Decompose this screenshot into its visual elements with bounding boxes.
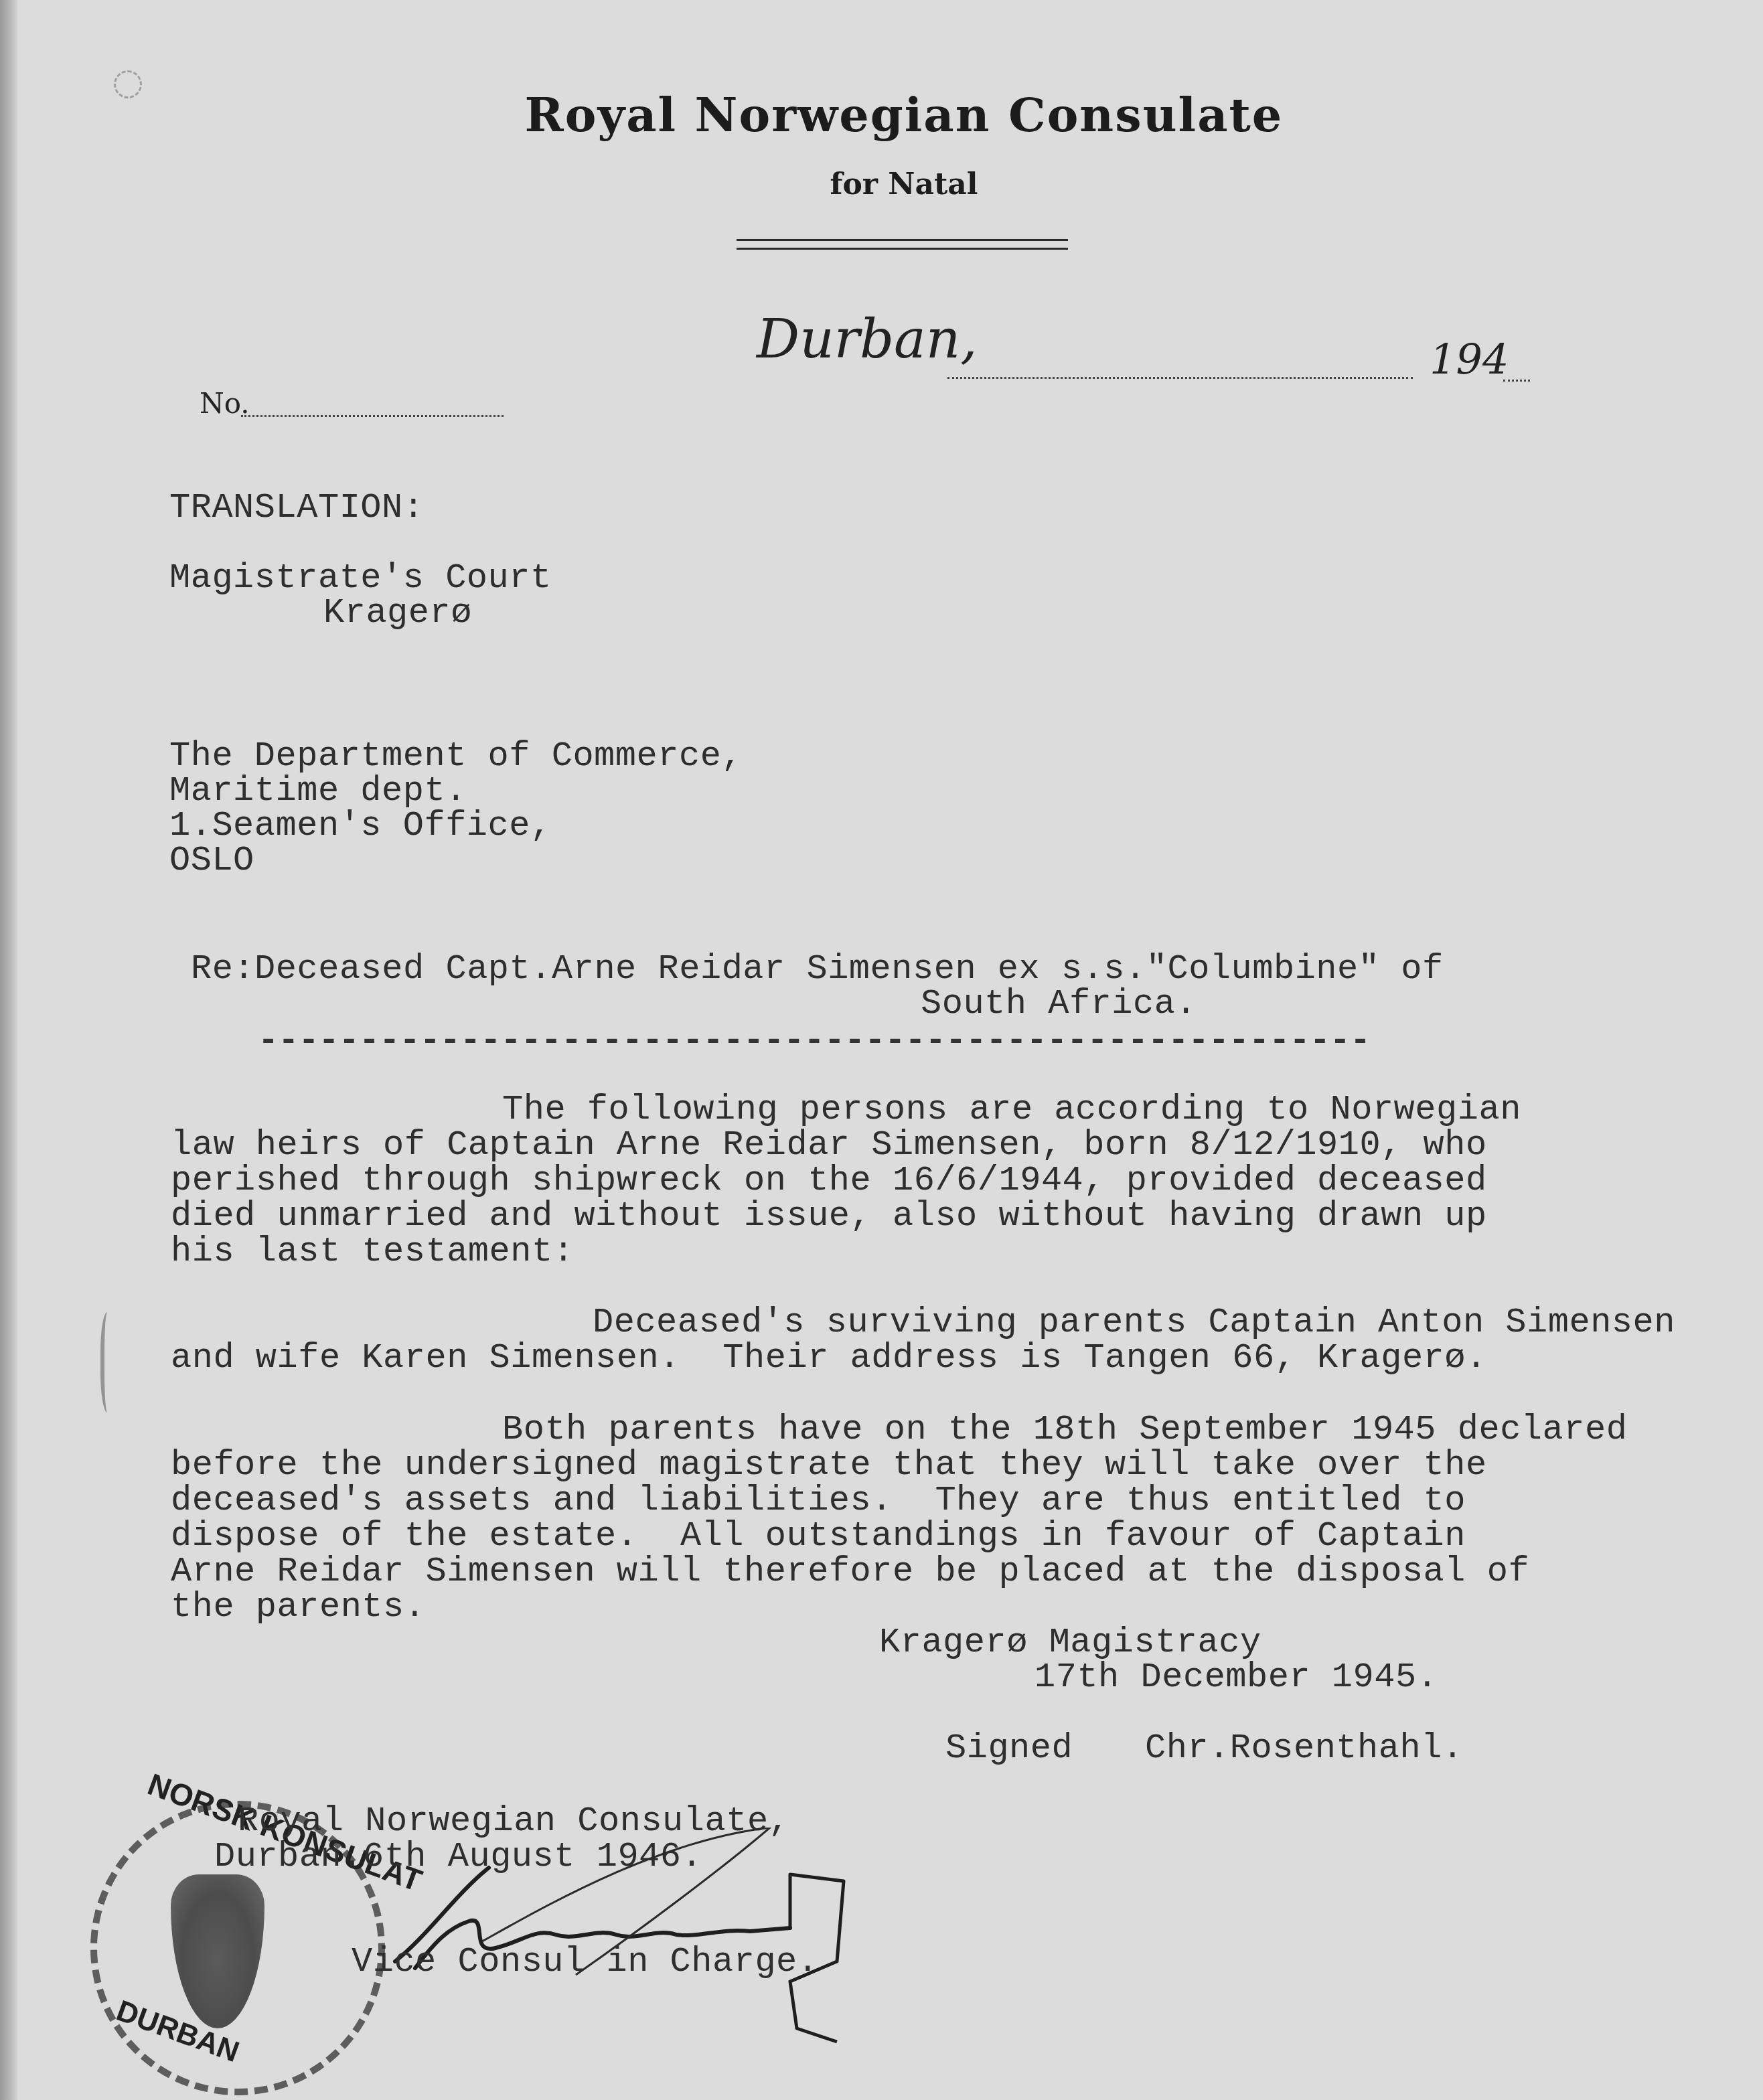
subject-line-2: South Africa. [921, 987, 1197, 1022]
recipient-line-1: The Department of Commerce, [169, 739, 743, 774]
translation-label: TRANSLATION: [169, 491, 424, 526]
letterhead-subtitle: for Natal [0, 167, 1763, 201]
paragraph-3-line-3: deceased's assets and liabilities. They … [171, 1483, 1466, 1518]
year-prefix: 194 [1430, 335, 1509, 384]
letterhead-title: Royal Norwegian Consulate [0, 87, 1763, 143]
signatory-name: Chr.Rosenthahl. [1145, 1731, 1464, 1766]
signed-label: Signed [945, 1731, 1073, 1766]
document-page: Royal Norwegian Consulate for Natal Durb… [0, 0, 1763, 2100]
reference-number-dotted-line [241, 415, 504, 417]
paragraph-1-line-5: his last testament: [171, 1234, 574, 1269]
paragraph-3-line-1: Both parents have on the 18th September … [502, 1412, 1627, 1447]
paragraph-3-line-4: dispose of the estate. All outstandings … [171, 1519, 1466, 1554]
closing-date: 17th December 1945. [1034, 1660, 1438, 1695]
paragraph-1-line-1: The following persons are according to N… [502, 1093, 1521, 1127]
paragraph-1-line-4: died unmarried and without issue, also w… [171, 1199, 1487, 1234]
paragraph-3-line-6: the parents. [171, 1590, 425, 1625]
margin-pencil-mark [100, 1312, 118, 1412]
place-line: Durban, [757, 308, 978, 370]
year-dotted-line [1503, 380, 1530, 382]
paragraph-2-line-2: and wife Karen Simensen. Their address i… [171, 1341, 1487, 1376]
subject-underline: ----------------------------------------… [258, 1021, 1370, 1060]
letterhead-rule-bottom [737, 248, 1068, 250]
letterhead-rule-top [737, 239, 1068, 241]
date-dotted-line [947, 377, 1413, 379]
paragraph-3-line-2: before the undersigned magistrate that t… [171, 1448, 1487, 1483]
subject-line-1: Re:Deceased Capt.Arne Reidar Simensen ex… [191, 952, 1444, 987]
sender-line-2: Kragerø [323, 596, 472, 631]
page-edge-shadow [0, 0, 17, 2100]
handwritten-signature-icon [375, 1828, 924, 2048]
attestation-title: Vice Consul in Charge. [352, 1945, 819, 1980]
recipient-line-2: Maritime dept. [169, 774, 467, 809]
paragraph-3-line-5: Arne Reidar Simensen will therefore be p… [171, 1554, 1529, 1589]
recipient-line-3: 1.Seamen's Office, [169, 809, 552, 843]
sender-line-1: Magistrate's Court [169, 561, 552, 596]
paragraph-1-line-3: perished through shipwreck on the 16/6/1… [171, 1163, 1487, 1198]
paragraph-1-line-2: law heirs of Captain Arne Reidar Simense… [171, 1128, 1487, 1163]
closing-place: Kragerø Magistracy [879, 1625, 1261, 1660]
recipient-line-4: OSLO [169, 843, 254, 878]
paragraph-2-line-1: Deceased's surviving parents Captain Ant… [593, 1305, 1675, 1340]
